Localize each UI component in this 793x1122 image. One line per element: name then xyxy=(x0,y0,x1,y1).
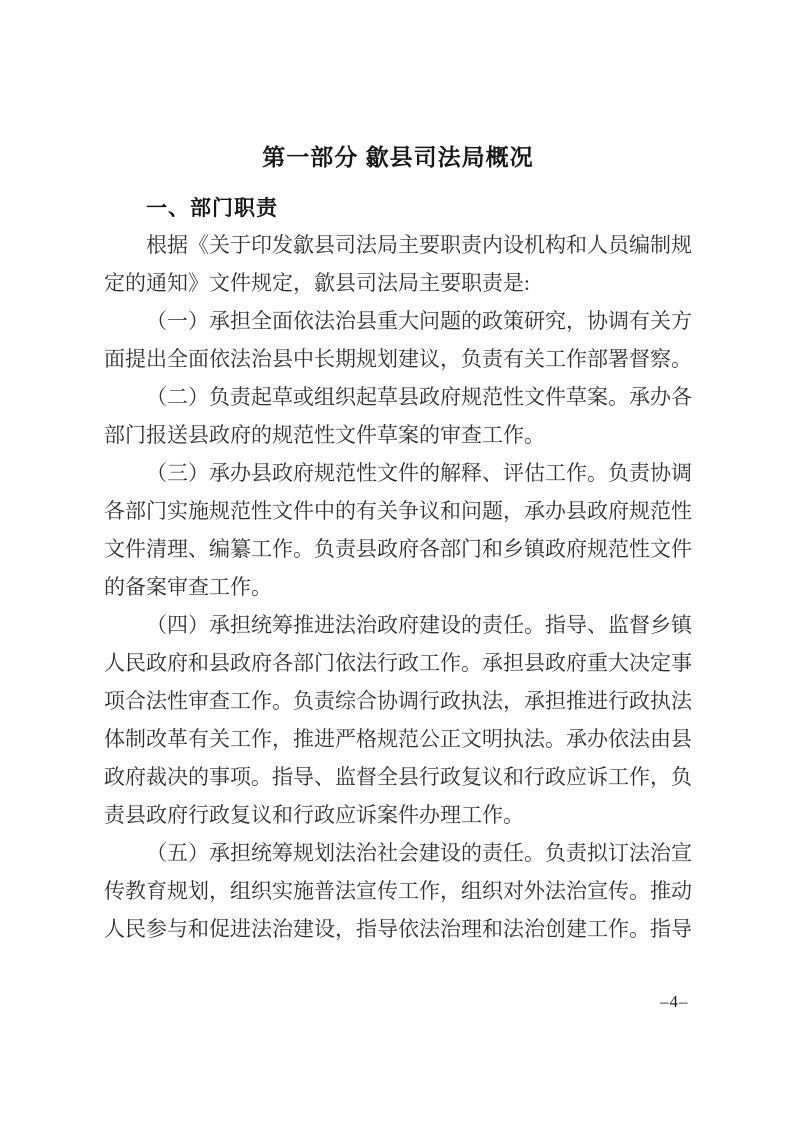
body-paragraph-2: （一）承担全面依法治县重大问题的政策研究，协调有关方面提出全面依法治县中长期规划… xyxy=(104,302,692,378)
body-paragraph-5: （四）承担统筹推进法治政府建设的责任。指导、监督乡镇人民政府和县政府各部门依法行… xyxy=(104,606,692,834)
heading-department-duties: 一、部门职责 xyxy=(146,194,278,224)
document-body: 根据《关于印发歙县司法局主要职责内设机构和人员编制规定的通知》文件规定，歙县司法… xyxy=(104,226,692,948)
body-paragraph-1: 根据《关于印发歙县司法局主要职责内设机构和人员编制规定的通知》文件规定，歙县司法… xyxy=(104,226,692,302)
document-page: 第一部分 歙县司法局概况 一、部门职责 根据《关于印发歙县司法局主要职责内设机构… xyxy=(0,0,793,1122)
page-number: –4– xyxy=(660,992,689,1012)
section-title: 第一部分 歙县司法局概况 xyxy=(104,140,692,174)
body-paragraph-4: （三）承办县政府规范性文件的解释、评估工作。负责协调各部门实施规范性文件中的有关… xyxy=(104,454,692,606)
body-paragraph-6: （五）承担统筹规划法治社会建设的责任。负责拟订法治宣传教育规划，组织实施普法宣传… xyxy=(104,834,692,948)
body-paragraph-3: （二）负责起草或组织起草县政府规范性文件草案。承办各部门报送县政府的规范性文件草… xyxy=(104,378,692,454)
